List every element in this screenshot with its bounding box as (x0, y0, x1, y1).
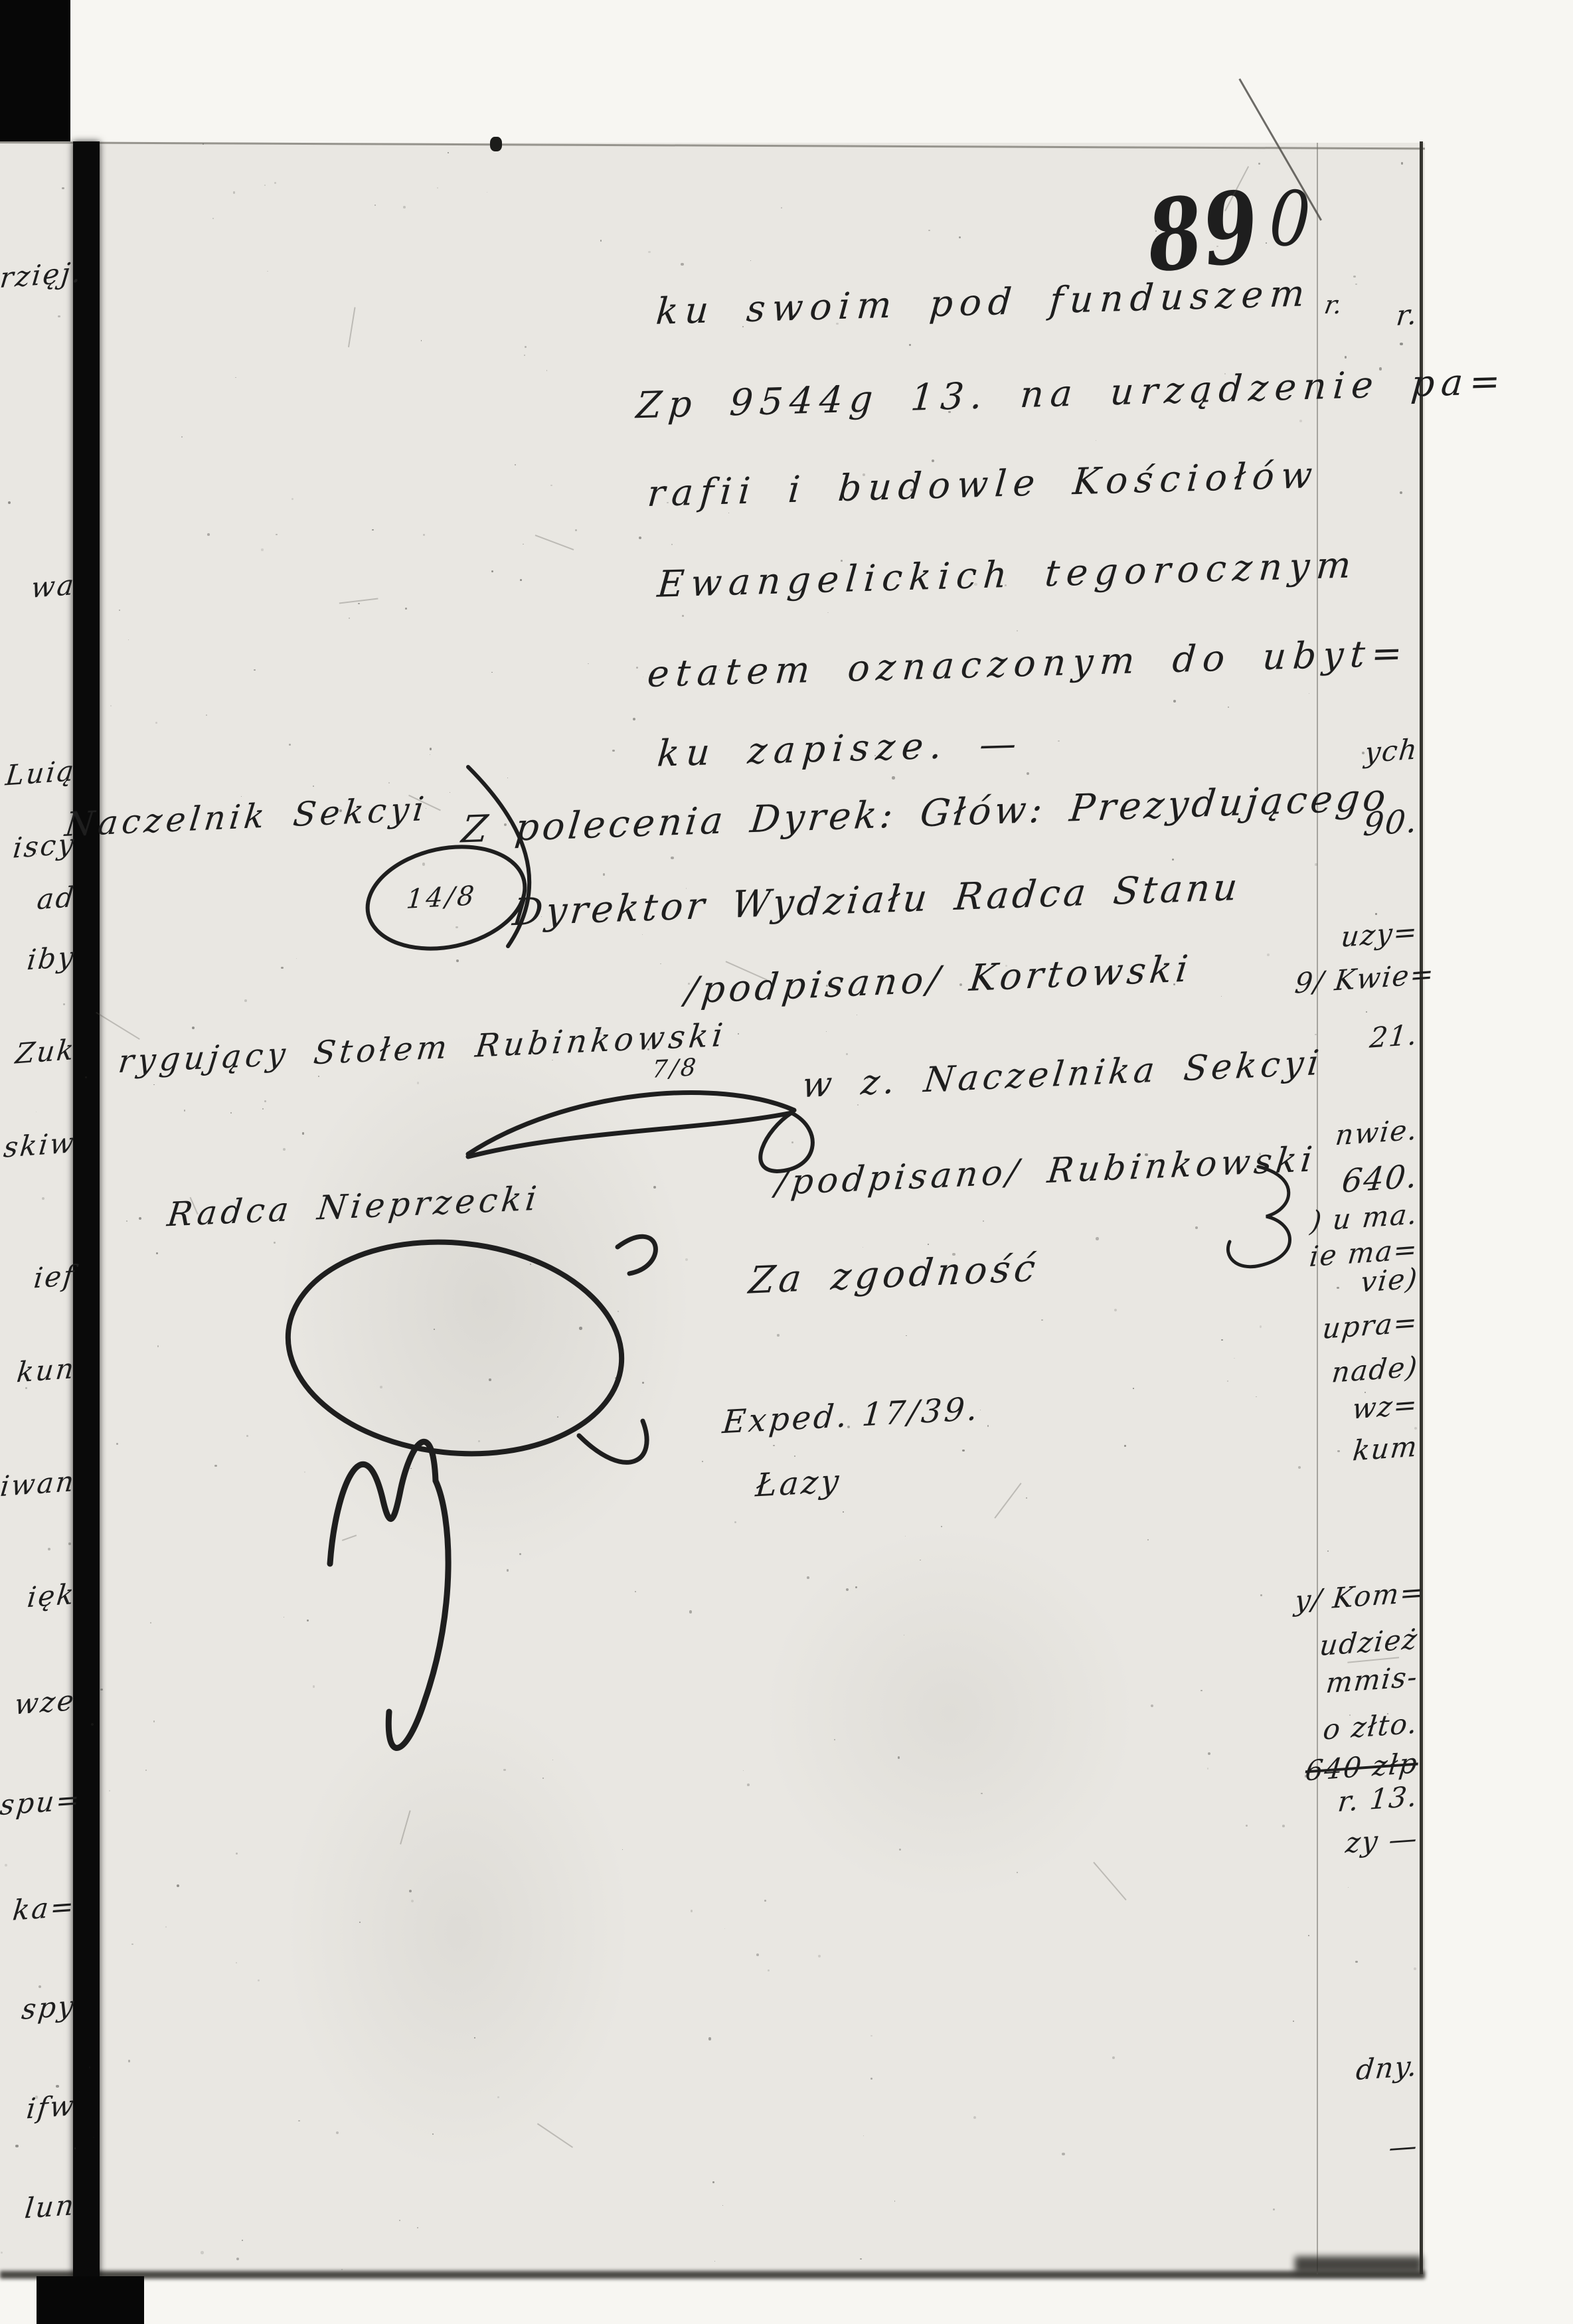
margin-fragment: ka= (0, 1890, 77, 1928)
margin-fragment: ifw (0, 2089, 77, 2127)
body-line: ku zapisze. — (656, 725, 1025, 772)
margin-fragment: spu= (0, 1784, 77, 1821)
margin-fragment: iscy (0, 827, 77, 865)
margin-fragment: kun (0, 1352, 77, 1390)
page-number: 89 (1143, 177, 1264, 286)
page-right-edge (1420, 141, 1423, 2274)
ink-spot (490, 137, 502, 151)
margin-fragment: skiw (0, 1126, 77, 1164)
margin-fragment: spy (0, 1989, 77, 2027)
margin-fragment: ięk (0, 1578, 77, 1616)
margin-fragment: ad (0, 880, 77, 918)
margin-fragment: iby (0, 940, 77, 978)
scanned-manuscript-page: 89 0 r. ku swoim pod funduszem Zp 9544g … (0, 0, 1573, 2324)
stol-date: 7/8 (651, 1056, 699, 1082)
facing-page-number-fragment: 0 (1268, 179, 1313, 259)
margin-fragment: wa (0, 568, 77, 606)
margin-fragment: Zuk (0, 1033, 77, 1071)
margin-fragment: iwan (0, 1465, 77, 1503)
film-mark-bottom-left (37, 2276, 144, 2324)
margin-fragment: wze (0, 1684, 77, 1722)
film-mark-top-left (0, 0, 70, 141)
margin-fragment: lun (0, 2189, 77, 2226)
book-binding-strip (73, 141, 100, 2278)
expedition-place: Łazy (754, 1465, 843, 1501)
margin-fragment: ief (0, 1259, 77, 1297)
margin-fragment: rzięj. (0, 256, 77, 294)
bottom-corner-smudge (1295, 2256, 1422, 2274)
margin-fragment: Luią (0, 754, 77, 792)
naczelnik-date: 14/8 (405, 882, 477, 913)
page-bottom-edge (0, 2271, 1425, 2279)
